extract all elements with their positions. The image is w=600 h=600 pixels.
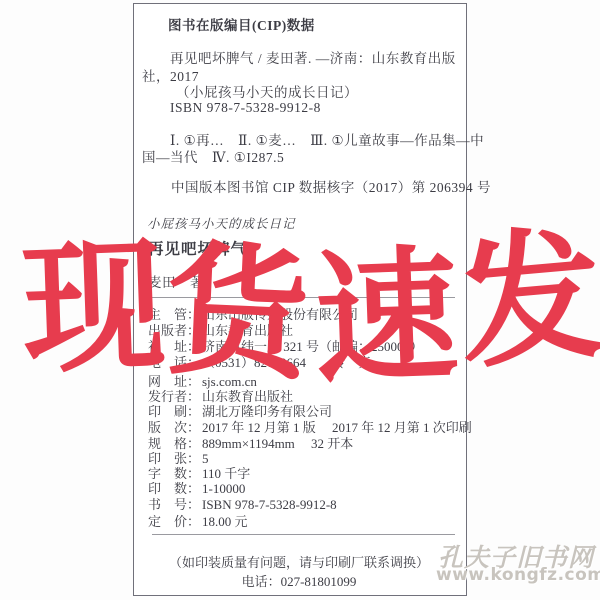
colophon-label: 版 次： [148,421,202,434]
colophon-label: 字 数： [148,467,202,480]
colophon-label: 印 张： [148,452,202,465]
colophon-value: 湖北万隆印务有限公司 [202,405,332,418]
colophon-row: 规 格：889mm×1194mm 32 开本 [148,437,353,450]
colophon-row: 印 数：1-10000 [148,482,245,495]
colophon-label: 书 号： [148,498,202,511]
footer-divider-line [152,534,455,535]
red-stock-watermark: 现货速发 [22,224,600,367]
watermark-char: 速 [312,244,460,392]
colophon-row: 印 刷：湖北万隆印务有限公司 [148,405,332,418]
colophon-value: 5 [202,452,209,465]
cip-line: 社，2017 [142,70,199,84]
cip-line: 国—当代 Ⅳ. ①I287.5 [142,151,284,165]
colophon-value: 110 千字 [202,467,250,480]
colophon-label: 印 刷： [148,405,202,418]
colophon-row: 印 张：5 [148,452,209,465]
colophon-value: 1-10000 [202,482,245,495]
cip-line: ISBN 978-7-5328-9912-8 [170,101,321,115]
kongfz-watermark-url: www.kongfz.com [436,565,596,585]
colophon-label: 定 价： [148,515,202,528]
colophon-row: 字 数：110 千字 [148,467,250,480]
colophon-value: ISBN 978-7-5328-9912-8 [202,498,337,511]
colophon-row: 版 次：2017 年 12 月第 1 版 2017 年 12 月第 1 次印刷 [148,421,472,434]
cip-line: 再见吧坏脾气 / 麦田著. —济南：山东教育出版 [170,52,456,66]
cip-header: 图书在版编目(CIP)数据 [168,19,315,33]
book-copyright-page: 图书在版编目(CIP)数据 再见吧坏脾气 / 麦田著. —济南：山东教育出版 社… [0,0,600,600]
colophon-label: 规 格： [148,437,202,450]
cip-record-number: 中国版本图书馆 CIP 数据核字（2017）第 206394 号 [171,181,491,195]
colophon-row: 书 号：ISBN 978-7-5328-9912-8 [148,498,337,511]
watermark-char: 货 [163,239,312,388]
colophon-value: 889mm×1194mm 32 开本 [202,437,353,450]
colophon-value: 18.00 元 [202,515,248,528]
quality-note: （如印装质量有问题，请与印刷厂联系调换） [133,552,465,571]
watermark-char: 发 [453,222,600,377]
watermark-char: 现 [20,234,168,382]
cip-line: Ⅰ. ①再… Ⅱ. ①麦… Ⅲ. ①儿童故事—作品集—中 [170,134,484,148]
cip-line: （小屁孩马小天的成长日记） [176,86,358,100]
colophon-row: 定 价：18.00 元 [148,515,248,528]
colophon-label: 印 数： [148,482,202,495]
printer-phone: 电话：027-81801099 [133,571,465,590]
colophon-value: 2017 年 12 月第 1 版 2017 年 12 月第 1 次印刷 [202,421,472,434]
